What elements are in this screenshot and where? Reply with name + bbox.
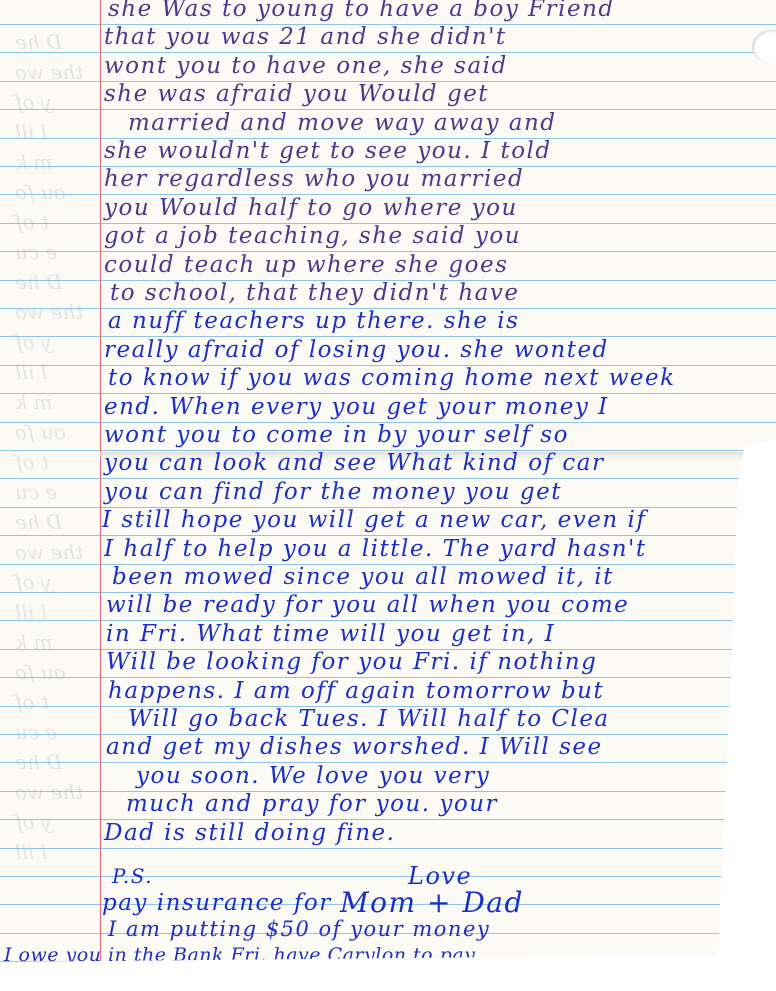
ghost-text: l ill [15,360,47,384]
letter-line: you Would half to go where you [104,195,518,221]
signature: Mom + Dad [340,886,524,919]
ghost-text: the wo [15,780,83,804]
letter-line: happens. I am off again tomorrow but [108,678,604,704]
letter-line: you can look and see What kind of car [104,450,605,476]
letter-line: Will be looking for you Fri. if nothing [106,649,597,675]
ghost-text: e cu [15,240,57,264]
letter-line: wont you to have one, she said [104,53,508,79]
ps-line-3: I owe you in the Bank Fri. have Carylon … [4,944,475,966]
letter-line: I still hope you will get a new car, eve… [102,507,646,533]
letter-line: much and pray for you. your [126,791,498,817]
letter-line: she Was to young to have a boy Friend [108,0,615,22]
letter-line: that you was 21 and she didn't [104,24,507,50]
ps-label: P.S. [112,864,153,888]
ghost-text: m k [15,390,52,414]
letter-line: wont you to come in by your self so [104,422,569,448]
punch-hole [752,30,776,64]
letter-line: in Fri. What time will you get in, I [106,621,555,647]
ps-line-4: it for you. [100,961,175,977]
ghost-text: y of [15,810,52,834]
ghost-text: m k [15,150,52,174]
letter-line: Will go back Tues. I Will half to Clea [128,706,610,732]
ghost-text: t of [15,450,49,474]
ghost-text: ou fo [15,420,66,444]
ghost-text: t of [15,690,49,714]
ghost-text: ou fo [15,180,66,204]
ghost-text: l ill [15,600,47,624]
letter-line: she was afraid you Would get [104,81,489,107]
ghost-text: D he [15,510,62,534]
ps-line-1: pay insurance for [102,890,332,916]
ghost-text: l ill [15,120,47,144]
notebook-page: D hethe woy ofl illm kou fot ofe cuD het… [0,0,776,991]
letter-line: her regardless who you married [104,166,524,192]
ghost-text: y of [15,330,52,354]
ghost-text: the wo [15,540,83,564]
letter-line: been mowed since you all mowed it, it [112,564,614,590]
letter-line: I half to help you a little. The yard ha… [104,536,647,562]
letter-line: she wouldn't get to see you. I told [104,138,552,164]
letter-line: could teach up where she goes [104,252,508,278]
letter-line: will be ready for you all when you come [106,592,629,618]
ghost-text: y of [15,570,52,594]
ghost-text: the wo [15,300,83,324]
ghost-text: y of [15,90,52,114]
letter-line: to know if you was coming home next week [108,365,676,391]
letter-line: you can find for the money you get [104,479,562,505]
letter-line: end. When every you get your money I [104,394,609,420]
ghost-text: D he [15,750,62,774]
letter-line: got a job teaching, she said you [104,223,521,249]
ghost-text: e cu [15,720,57,744]
rule-line [0,990,776,991]
ghost-text: l ill [15,840,47,864]
ghost-text: the wo [15,60,83,84]
ghost-text: D he [15,270,62,294]
ghost-text: t of [15,210,49,234]
letter-line: a nuff teachers up there. she is [108,308,519,334]
ghost-text: e cu [15,480,57,504]
ghost-text: m k [15,630,52,654]
letter-line: to school, that they didn't have [110,280,520,306]
letter-line: married and move way away and [128,110,557,136]
letter-line: and get my dishes worshed. I Will see [106,734,603,760]
letter-line: really afraid of losing you. she wonted [104,337,609,363]
ghost-text: D he [15,30,62,54]
letter-line: you soon. We love you very [136,763,490,789]
ps-line-2: I am putting $50 of your money [108,917,490,941]
margin-line [100,0,101,991]
letter-line: Dad is still doing fine. [104,820,395,846]
ghost-text: ou fo [15,660,66,684]
rule-line [0,961,776,962]
rule-line [0,848,776,849]
